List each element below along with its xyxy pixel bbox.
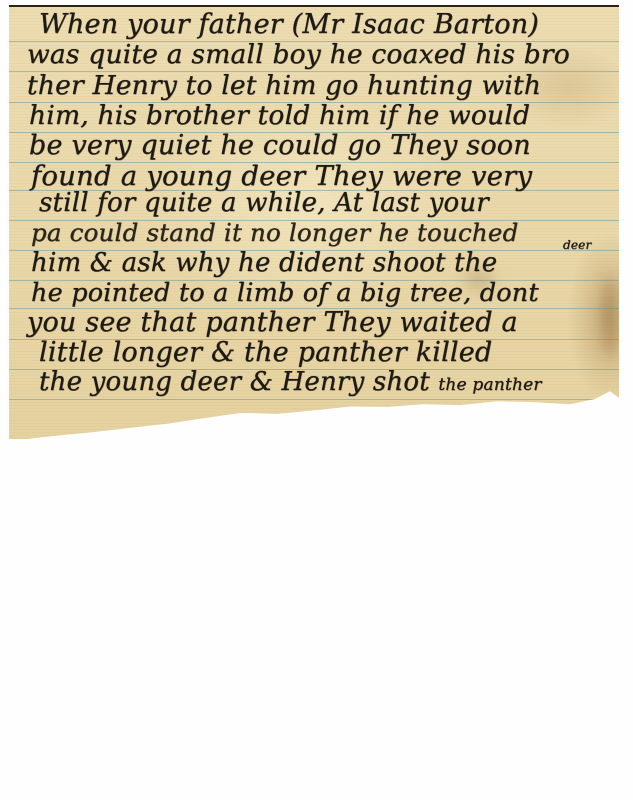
text-line-7: still for quite a while, At last your: [39, 188, 489, 218]
scan-background: When your father (Mr Isaac Barton) was q…: [0, 0, 633, 800]
text-line-13-main: the young deer & Henry shot: [39, 367, 430, 397]
letter-paper: When your father (Mr Isaac Barton) was q…: [9, 5, 619, 439]
text-line-12: little longer & the panther killed: [39, 337, 492, 368]
text-line-1: When your father (Mr Isaac Barton): [39, 9, 539, 40]
text-line-5: be very quiet he could go They soon: [29, 130, 531, 161]
handwritten-text: When your father (Mr Isaac Barton) was q…: [9, 7, 619, 439]
text-line-13: the young deer & Henry shot the panther: [39, 367, 542, 397]
text-line-8: pa could stand it no longer he touched: [31, 218, 518, 247]
interlinear-insert: deer: [563, 238, 591, 252]
text-line-11: you see that panther They waited a: [27, 307, 518, 338]
text-line-9: him & ask why he dident shoot the deer: [31, 248, 497, 278]
text-line-3: ther Henry to let him go hunting with: [27, 70, 541, 101]
text-line-4: him, his brother told him if he would: [29, 100, 530, 131]
text-line-2: was quite a small boy he coaxed his bro: [27, 39, 570, 70]
text-line-9-main: him & ask why he dident shoot the: [31, 248, 497, 278]
text-line-10: he pointed to a limb of a big tree, dont: [31, 278, 539, 308]
text-line-13-tail: the panther: [438, 375, 541, 395]
